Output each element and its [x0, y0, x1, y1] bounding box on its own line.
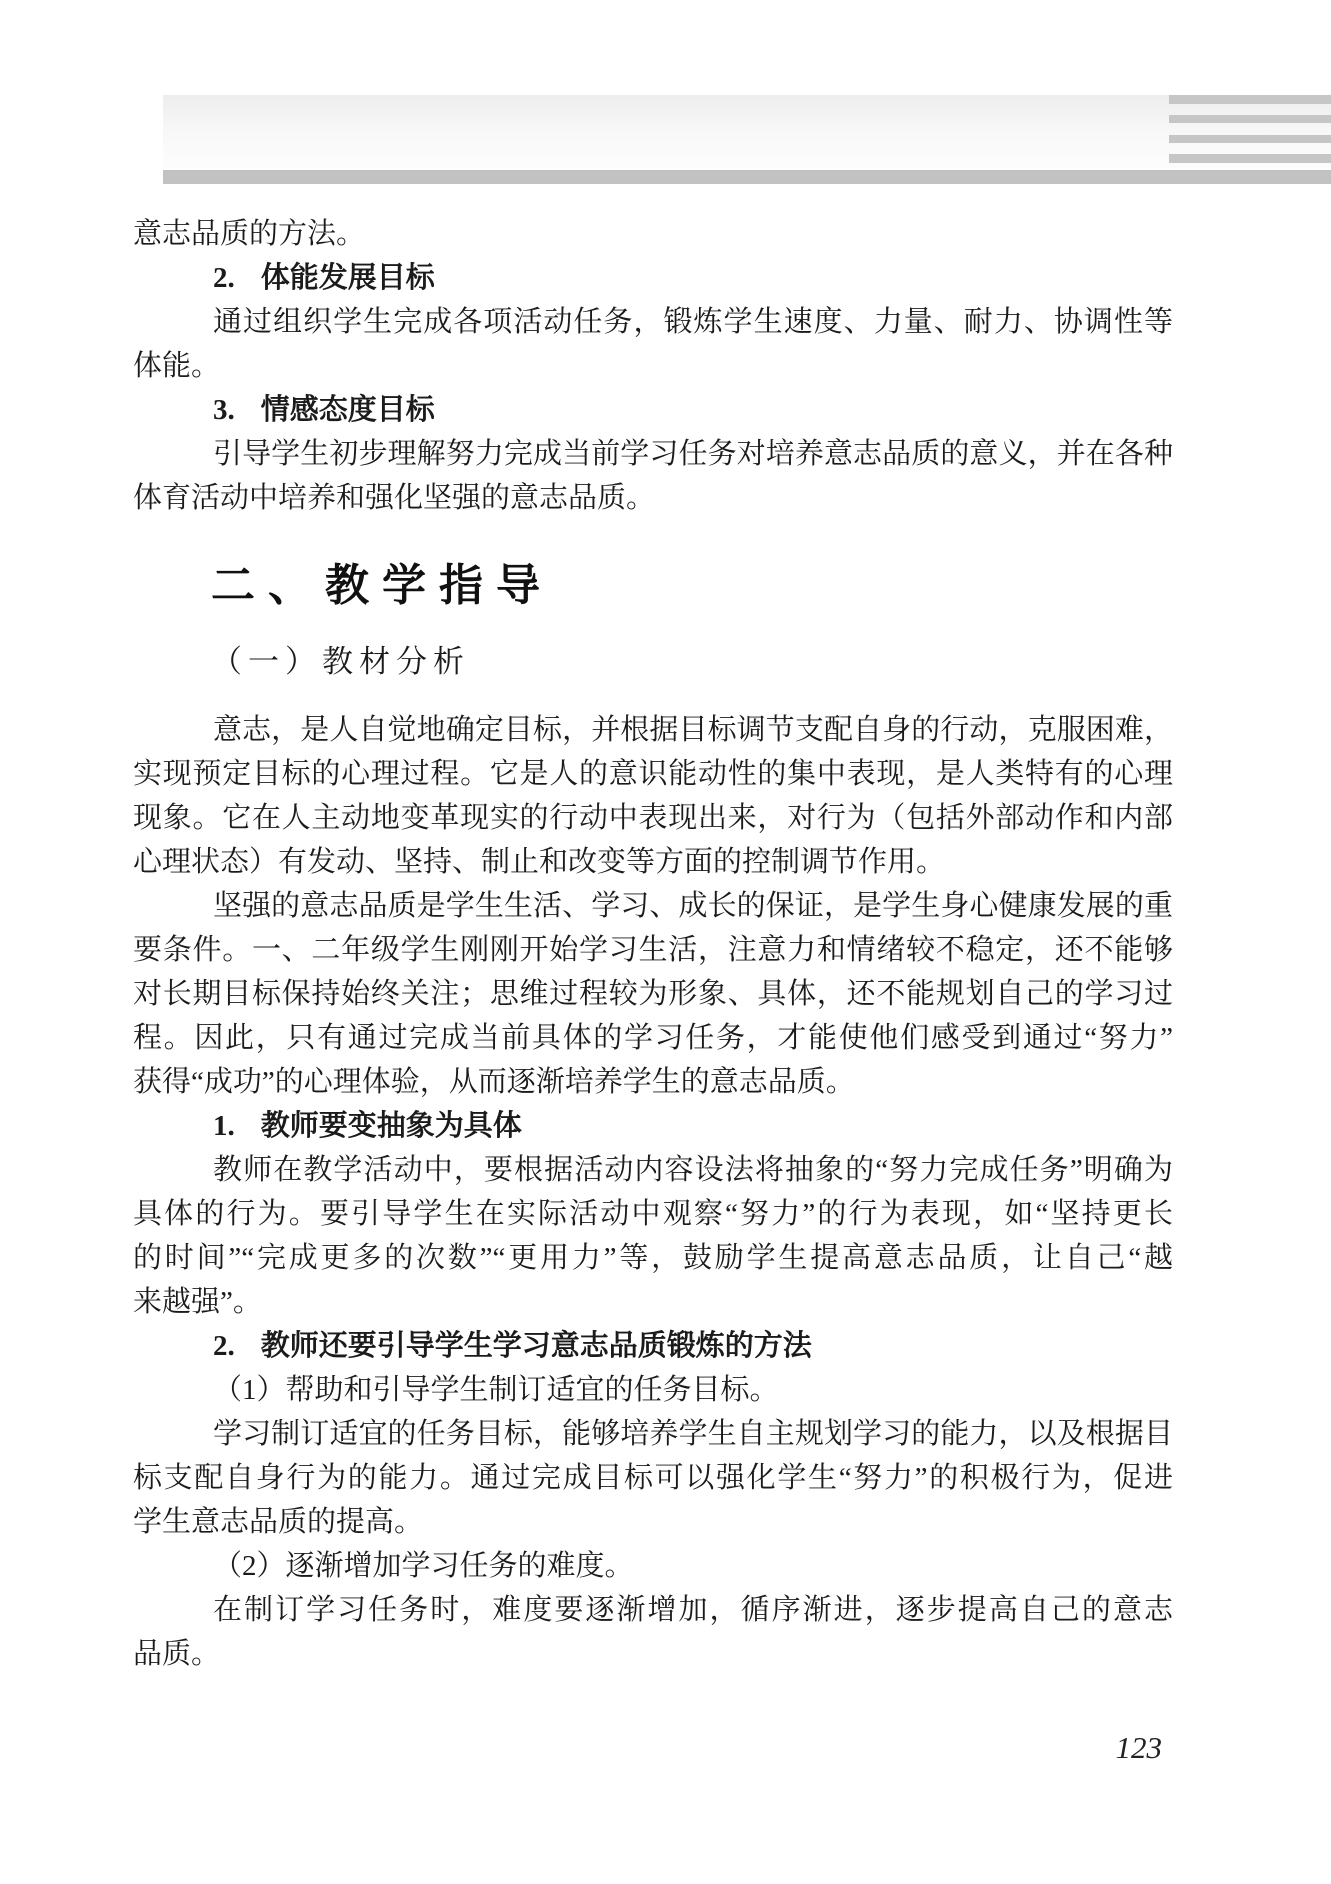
numbered-heading-method: 2.教师还要引导学生学习意志品质锻炼的方法 [133, 1324, 1173, 1368]
deco-bar-1 [1169, 95, 1331, 104]
text-line: 引导学生初步理解努力完成当前学习任务对培养意志品质的意义，并在各种 [133, 432, 1173, 476]
text-line: 心理状态）有发动、坚持、制止和改变等方面的控制调节作用。 [133, 840, 1173, 884]
heading-number: 2. [213, 1330, 235, 1362]
text-line: 在制订学习任务时，难度要逐渐增加，循序渐进，逐步提高自己的意志 [133, 1588, 1173, 1632]
page-header-rule [163, 170, 1331, 184]
text-line: 现象。它在人主动地变革现实的行动中表现出来，对行为（包括外部动作和内部 [133, 796, 1173, 840]
list-item-line: （1）帮助和引导学生制订适宜的任务目标。 [133, 1368, 1173, 1412]
text-line: 获得“成功”的心理体验，从而逐渐培养学生的意志品质。 [133, 1060, 1173, 1104]
text-line: 要条件。一、二年级学生刚刚开始学习生活，注意力和情绪较不稳定，还不能够 [133, 928, 1173, 972]
heading-number: 1. [213, 1110, 235, 1142]
text-line: 实现预定目标的心理过程。它是人的意识能动性的集中表现，是人类特有的心理 [133, 752, 1173, 796]
text-line: 意志，是人自觉地确定目标，并根据目标调节支配自身的行动，克服困难， [133, 708, 1173, 752]
text-line: 学生意志品质的提高。 [133, 1500, 1173, 1544]
numbered-heading-affective-goal: 3.情感态度目标 [133, 388, 1173, 432]
page-header-band [163, 95, 1331, 170]
corner-deco-bars [1169, 95, 1331, 163]
page-number: 123 [962, 1730, 1162, 1766]
text-line: 标支配自身行为的能力。通过完成目标可以强化学生“努力”的积极行为，促进 [133, 1456, 1173, 1500]
heading-number: 2. [213, 262, 235, 294]
body-text-column: 意志品质的方法。 2.体能发展目标 通过组织学生完成各项活动任务，锻炼学生速度、… [133, 212, 1173, 1676]
text-line: 品质。 [133, 1632, 1173, 1676]
book-page: 意志品质的方法。 2.体能发展目标 通过组织学生完成各项活动任务，锻炼学生速度、… [0, 0, 1331, 1884]
text-line: 坚强的意志品质是学生生活、学习、成长的保证，是学生身心健康发展的重 [133, 884, 1173, 928]
paragraph-continuation-line: 意志品质的方法。 [133, 212, 1173, 256]
deco-bar-4 [1169, 154, 1331, 163]
numbered-heading-concrete: 1.教师要变抽象为具体 [133, 1104, 1173, 1148]
heading-number: 3. [213, 394, 235, 426]
text-line: 体能。 [133, 344, 1173, 388]
text-line: 学习制订适宜的任务目标，能够培养学生自主规划学习的能力，以及根据目 [133, 1412, 1173, 1456]
heading-text: 教师还要引导学生学习意志品质锻炼的方法 [261, 1330, 812, 1362]
text-line: 通过组织学生完成各项活动任务，锻炼学生速度、力量、耐力、协调性等 [133, 300, 1173, 344]
text-line: 来越强”。 [133, 1280, 1173, 1324]
text-line: 程。因此，只有通过完成当前具体的学习任务，才能使他们感受到通过“努力” [133, 1016, 1173, 1060]
section-title: 二、教学指导 [133, 556, 1173, 616]
subsection-title: （一）教材分析 [133, 642, 1173, 682]
text-line: 具体的行为。要引导学生在实际活动中观察“努力”的行为表现，如“坚持更长 [133, 1192, 1173, 1236]
heading-text: 教师要变抽象为具体 [261, 1110, 522, 1142]
numbered-heading-physical-goal: 2.体能发展目标 [133, 256, 1173, 300]
heading-text: 情感态度目标 [261, 394, 435, 426]
text-line: 教师在教学活动中，要根据活动内容设法将抽象的“努力完成任务”明确为 [133, 1148, 1173, 1192]
text-line: 体育活动中培养和强化坚强的意志品质。 [133, 476, 1173, 520]
text-line: 对长期目标保持始终关注；思维过程较为形象、具体，还不能规划自己的学习过 [133, 972, 1173, 1016]
heading-text: 体能发展目标 [261, 262, 435, 294]
list-item-line: （2）逐渐增加学习任务的难度。 [133, 1544, 1173, 1588]
deco-bar-2 [1169, 115, 1331, 124]
text-line: 的时间”“完成更多的次数”“更用力”等，鼓励学生提高意志品质，让自己“越 [133, 1236, 1173, 1280]
deco-bar-3 [1169, 135, 1331, 144]
